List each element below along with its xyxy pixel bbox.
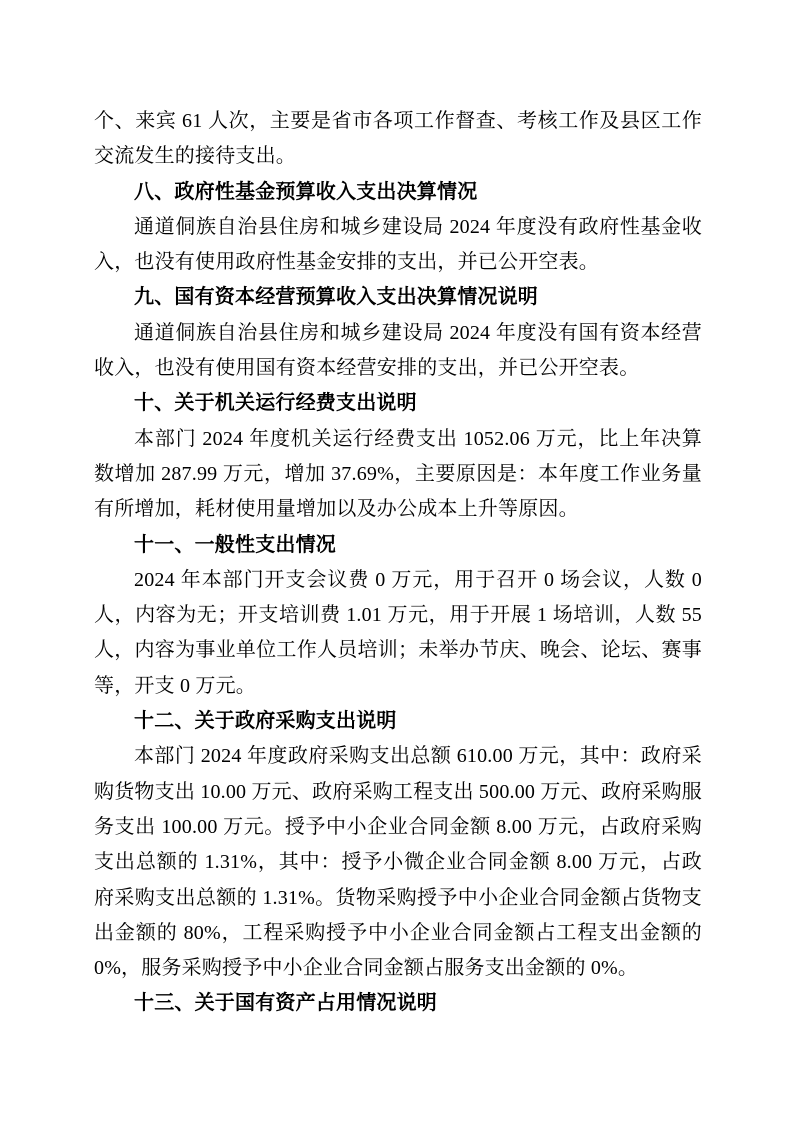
paragraph: 本部门 2024 年度机关运行经费支出 1052.06 万元，比上年决算数增加 … — [94, 422, 702, 528]
paragraph: 2024 年本部门开支会议费 0 万元，用于召开 0 场会议，人数 0 人，内容… — [94, 563, 702, 704]
section-heading: 十二、关于政府采购支出说明 — [94, 704, 702, 739]
paragraph: 个、来宾 61 人次，主要是省市各项工作督查、考核工作及县区工作交流发生的接待支… — [94, 104, 702, 175]
document-page: 个、来宾 61 人次，主要是省市各项工作督查、考核工作及县区工作交流发生的接待支… — [0, 0, 793, 1122]
section-heading: 十一、一般性支出情况 — [94, 528, 702, 563]
paragraph: 通道侗族自治县住房和城乡建设局 2024 年度没有政府性基金收入，也没有使用政府… — [94, 210, 702, 281]
paragraph: 本部门 2024 年度政府采购支出总额 610.00 万元，其中：政府采购货物支… — [94, 739, 702, 986]
paragraph: 通道侗族自治县住房和城乡建设局 2024 年度没有国有资本经营收入，也没有使用国… — [94, 316, 702, 387]
section-heading: 十三、关于国有资产占用情况说明 — [94, 986, 702, 1021]
document-body: 个、来宾 61 人次，主要是省市各项工作督查、考核工作及县区工作交流发生的接待支… — [94, 104, 702, 1022]
section-heading: 九、国有资本经营预算收入支出决算情况说明 — [94, 280, 702, 315]
section-heading: 八、政府性基金预算收入支出决算情况 — [94, 175, 702, 210]
section-heading: 十、关于机关运行经费支出说明 — [94, 386, 702, 421]
